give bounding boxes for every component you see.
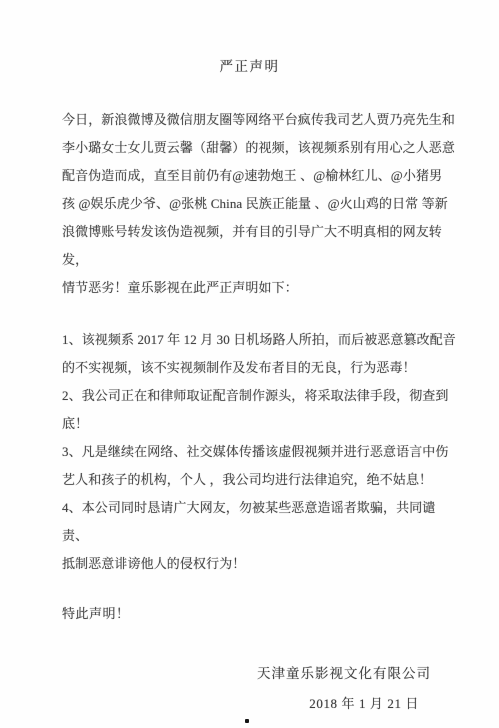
statement-closing-line: 特此声明！ [0,600,499,628]
statement-document-page: 严正声明 今日，新浪微博及微信朋友圈等网络平台疯传我司艺人贾乃亮先生和 李小璐女… [0,0,499,728]
company-signature: 天津童乐影视文化有限公司 [0,660,499,688]
statement-title: 严正声明 [0,0,499,80]
statement-numbered-points: 1、该视频系 2017 年 12 月 30 日机场路人所拍，而后被恶意篡改配音 … [0,326,499,578]
statement-date: 2018 年 1 月 21 日 [0,690,499,718]
statement-intro-paragraph: 今日，新浪微博及微信朋友圈等网络平台疯传我司艺人贾乃亮先生和 李小璐女士女儿贾云… [0,106,499,302]
page-indicator-dot [245,719,249,723]
